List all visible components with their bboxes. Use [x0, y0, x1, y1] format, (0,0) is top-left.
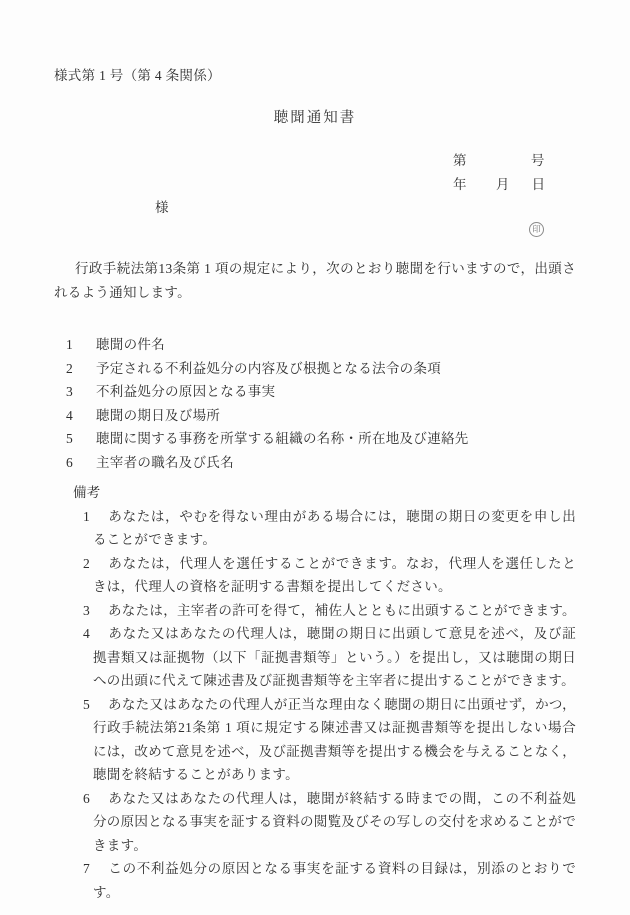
note-item: 3あなたは，主宰者の許可を得て，補佐人とともに出頭することができます。 — [54, 599, 576, 623]
note-text: あなたは，主宰者の許可を得て，補佐人とともに出頭することができます。 — [108, 603, 576, 618]
note-item: 1あなたは，やむを得ない理由がある場合には，聴聞の期日の変更を申し出ることができ… — [54, 505, 576, 552]
list-item-number: 4 — [66, 404, 96, 428]
note-number: 2 — [83, 552, 108, 576]
list-item-text: 聴聞の期日及び場所 — [96, 404, 220, 428]
month-label: 月 — [496, 177, 510, 192]
note-number: 5 — [83, 693, 108, 717]
list-item: 6主宰者の職名及び氏名 — [54, 451, 576, 475]
note-text: あなたは，代理人を選任することができます。なお，代理人を選任したときは，代理人の… — [93, 556, 576, 595]
note-text: あなた又はあなたの代理人は，聴聞が終結する時までの間，この不利益処分の原因となる… — [93, 791, 576, 853]
note-text: あなたは，やむを得ない理由がある場合には，聴聞の期日の変更を申し出ることができま… — [93, 509, 576, 548]
note-number: 6 — [83, 787, 108, 811]
list-item-text: 不利益処分の原因となる事実 — [96, 380, 275, 404]
list-item-text: 予定される不利益処分の内容及び根拠となる法令の条項 — [96, 357, 441, 381]
doc-number-suffix: 号 — [531, 153, 545, 168]
list-item-text: 聴聞に関する事務を所掌する組織の名称・所在地及び連絡先 — [96, 427, 469, 451]
intro-paragraph: 行政手続法第13条第 1 項の規定により，次のとおり聴聞を行いますので，出頭され… — [54, 257, 576, 304]
note-item: 5あなた又はあなたの代理人が正当な理由なく聴聞の期日に出頭せず，かつ，行政手続法… — [54, 693, 576, 787]
list-item-number: 2 — [66, 357, 96, 381]
note-number: 3 — [83, 599, 108, 623]
note-item: 2あなたは，代理人を選任することができます。なお，代理人を選任したときは，代理人… — [54, 552, 576, 599]
seal-icon: 印 — [529, 222, 544, 237]
list-item-text: 聴聞の件名 — [96, 333, 165, 357]
notes-heading: 備考 — [54, 481, 576, 505]
notes-list: 1あなたは，やむを得ない理由がある場合には，聴聞の期日の変更を申し出ることができ… — [54, 505, 576, 905]
document-page: 様式第 1 号（第 4 条関係） 聴聞通知書 第号 年月日 様 印 行政手続法第… — [0, 0, 630, 915]
list-item: 4聴聞の期日及び場所 — [54, 404, 576, 428]
note-item: 6あなた又はあなたの代理人は，聴聞が終結する時までの間，この不利益処分の原因とな… — [54, 787, 576, 858]
note-text: あなた又はあなたの代理人が正当な理由なく聴聞の期日に出頭せず，かつ，行政手続法第… — [93, 697, 576, 783]
list-item: 5聴聞に関する事務を所掌する組織の名称・所在地及び連絡先 — [54, 427, 576, 451]
note-number: 7 — [83, 857, 108, 881]
note-item: 4あなた又はあなたの代理人は，聴聞の期日に出頭して意見を述べ，及び証拠書類又は証… — [54, 622, 576, 693]
year-label: 年 — [453, 177, 467, 192]
addressee-label: 様 — [155, 196, 169, 220]
form-number-label: 様式第 1 号（第 4 条関係） — [54, 64, 221, 88]
day-label: 日 — [532, 177, 546, 192]
list-item-number: 6 — [66, 451, 96, 475]
note-text: あなた又はあなたの代理人は，聴聞の期日に出頭して意見を述べ，及び証拠書類又は証拠… — [93, 626, 576, 688]
doc-number-line: 第号 — [453, 149, 545, 173]
list-item: 2予定される不利益処分の内容及び根拠となる法令の条項 — [54, 357, 576, 381]
date-line: 年月日 — [453, 173, 545, 197]
document-body: 行政手続法第13条第 1 項の規定により，次のとおり聴聞を行いますので，出頭され… — [54, 257, 576, 904]
list-item-number: 5 — [66, 427, 96, 451]
list-item-number: 1 — [66, 333, 96, 357]
note-item: 7この不利益処分の原因となる事実を証する資料の目録は，別添のとおりです。 — [54, 857, 576, 904]
list-item-number: 3 — [66, 380, 96, 404]
hearing-items-list: 1聴聞の件名 2予定される不利益処分の内容及び根拠となる法令の条項 3不利益処分… — [54, 333, 576, 474]
list-item: 3不利益処分の原因となる事実 — [54, 380, 576, 404]
list-item-text: 主宰者の職名及び氏名 — [96, 451, 234, 475]
list-item: 1聴聞の件名 — [54, 333, 576, 357]
doc-number-prefix: 第 — [453, 153, 467, 168]
note-text: この不利益処分の原因となる事実を証する資料の目録は，別添のとおりです。 — [93, 861, 576, 900]
document-title: 聴聞通知書 — [0, 107, 630, 131]
note-number: 4 — [83, 622, 108, 646]
note-number: 1 — [83, 505, 108, 529]
